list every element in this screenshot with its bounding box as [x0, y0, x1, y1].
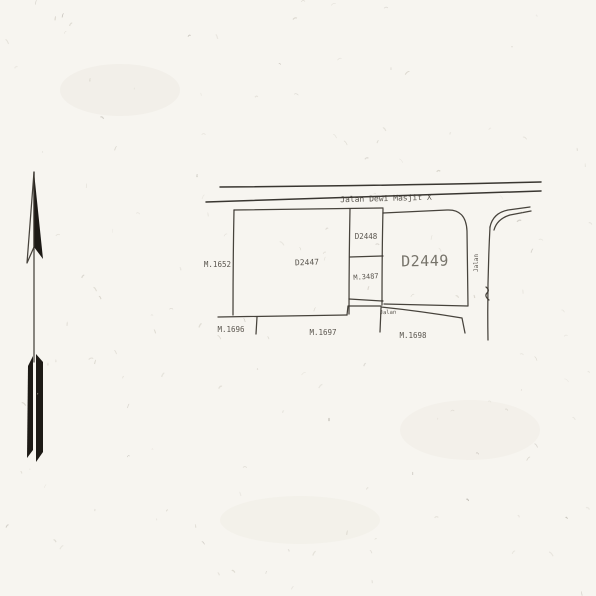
- scan-speckle: [365, 158, 369, 160]
- scan-speckle: [99, 296, 101, 299]
- scan-speckle: [474, 296, 475, 298]
- scan-speckle: [195, 525, 196, 528]
- scan-speckle: [239, 492, 241, 496]
- scan-speckle: [101, 117, 104, 119]
- scan-speckle: [517, 220, 521, 222]
- scan-speckle: [216, 35, 218, 39]
- scan-speckle: [293, 18, 297, 20]
- scan-speckle: [202, 134, 206, 135]
- scan-speckle: [15, 67, 18, 69]
- scan-speckle: [6, 40, 9, 44]
- scan-speckle: [292, 587, 294, 590]
- scan-speckle: [344, 141, 347, 145]
- scan-speckle: [188, 35, 191, 37]
- scan-speckle: [123, 376, 124, 378]
- scan-speckle: [377, 141, 379, 143]
- scan-speckle: [244, 318, 246, 322]
- scan-speckle: [199, 324, 202, 328]
- scan-speckle: [207, 213, 208, 216]
- smudge: [220, 496, 380, 544]
- parcel-label-d2448: D2448: [355, 232, 378, 241]
- scan-speckle: [180, 268, 181, 271]
- scan-speckle: [549, 552, 553, 556]
- scan-speckle: [62, 14, 64, 18]
- scan-speckle: [136, 213, 140, 214]
- boundary-step: [347, 306, 381, 315]
- scan-speckle: [564, 335, 567, 336]
- boundary-left-vertical: [233, 210, 234, 315]
- scan-speckle: [319, 384, 323, 388]
- scan-speckle: [338, 58, 342, 60]
- scan-speckle: [44, 485, 46, 488]
- scan-speckle: [300, 248, 301, 250]
- survey-label-m1697: M.1697: [309, 328, 336, 337]
- scanned-survey-map-page: Jalan Dewi Masjit X M.1652 D2447 D2448 M…: [0, 0, 596, 596]
- north-arrow-tail-left: [27, 356, 33, 458]
- scan-speckle: [60, 546, 63, 550]
- scan-speckle: [313, 551, 316, 555]
- scan-speckle: [54, 540, 56, 542]
- scan-speckle: [383, 128, 386, 131]
- scan-speckle: [562, 310, 565, 312]
- scan-speckle: [294, 94, 298, 96]
- parcel-label-d2447: D2447: [295, 258, 320, 268]
- parcel-map: Jalan Dewi Masjit X M.1652 D2447 D2448 M…: [204, 182, 541, 340]
- scan-speckle: [535, 357, 538, 361]
- scan-speckle: [326, 228, 328, 230]
- scan-speckle: [94, 287, 97, 291]
- scan-speckle: [588, 371, 590, 372]
- scan-speckle: [128, 404, 130, 408]
- right-road-vertical: [488, 227, 490, 340]
- boundary-mid-vertical-2: [382, 209, 383, 305]
- scan-speckle: [399, 159, 403, 163]
- north-arrow-head-outline: [27, 172, 34, 263]
- scan-speckle: [283, 411, 284, 413]
- scan-speckle: [6, 525, 9, 528]
- scan-speckle: [232, 570, 235, 572]
- scan-speckle: [70, 23, 73, 26]
- scan-speckle: [314, 308, 316, 312]
- scan-speckle: [375, 538, 377, 539]
- scan-speckle: [581, 592, 582, 596]
- tick-m1696-m1697: [256, 317, 257, 334]
- north-arrow-tail-right: [36, 354, 43, 462]
- scan-speckle: [268, 337, 269, 339]
- scan-speckle: [539, 239, 543, 240]
- scan-speckle: [333, 134, 336, 138]
- scan-speckle: [331, 3, 336, 5]
- scan-speckle: [151, 315, 153, 316]
- scan-speckle: [368, 287, 369, 290]
- scan-speckle: [535, 444, 538, 448]
- scan-speckle: [152, 449, 153, 450]
- scan-speckle: [202, 542, 205, 545]
- scan-speckle: [500, 196, 503, 200]
- scan-speckle: [266, 571, 267, 573]
- scan-speckle: [279, 63, 281, 64]
- scan-speckle: [288, 550, 289, 552]
- scan-speckle: [162, 373, 165, 377]
- scan-speckle: [518, 515, 520, 517]
- smudge: [400, 400, 540, 460]
- scan-speckle: [95, 360, 96, 364]
- north-arrow-icon: [27, 172, 43, 462]
- scan-speckle: [201, 93, 202, 96]
- scan-speckle: [364, 364, 366, 367]
- scan-speckle: [527, 457, 530, 461]
- north-arrow-head-fill: [34, 172, 43, 259]
- scan-speckle: [376, 244, 380, 245]
- street-name-label: Jalan Dewi Masjit X: [340, 193, 432, 204]
- scan-speckle: [489, 128, 491, 130]
- scan-speckle: [35, 0, 36, 4]
- scan-speckle: [467, 499, 469, 501]
- boundary-m3487-bottom: [349, 299, 383, 301]
- scan-speckle: [531, 249, 533, 253]
- scan-speckle: [520, 354, 523, 355]
- scan-speckle: [323, 252, 326, 254]
- scan-speckle: [435, 517, 439, 518]
- right-street-label: Jalan: [473, 254, 480, 272]
- scan-speckle: [280, 242, 284, 246]
- boundary-d2448-divider: [350, 256, 383, 257]
- scan-speckle: [219, 386, 222, 388]
- scan-speckle: [437, 171, 441, 172]
- scan-speckle: [202, 195, 204, 199]
- scan-speckle: [218, 573, 220, 575]
- scan-speckle: [21, 472, 22, 474]
- scan-speckle: [115, 146, 117, 150]
- boundary-mid-vertical-1: [349, 209, 350, 314]
- scan-speckle: [127, 456, 129, 458]
- scan-speckle: [301, 1, 305, 2]
- scan-speckle: [55, 17, 56, 21]
- scan-speckle: [302, 372, 306, 375]
- scan-speckle: [566, 517, 568, 519]
- scan-speckle: [67, 322, 68, 326]
- boundary-top: [234, 208, 383, 210]
- scan-speckle: [405, 71, 409, 74]
- smudge: [60, 64, 180, 116]
- scan-speckle: [64, 31, 66, 33]
- scan-speckle: [384, 7, 388, 8]
- scan-speckle: [586, 507, 590, 509]
- scan-speckle: [523, 137, 527, 139]
- scan-speckle: [512, 551, 515, 554]
- scan-speckle: [370, 551, 372, 554]
- scan-speckle: [572, 417, 575, 420]
- scan-speckle: [255, 96, 258, 97]
- survey-label-m1652: M.1652: [204, 260, 231, 269]
- parcel-label-d2449: D2449: [401, 252, 449, 271]
- scan-speckle: [565, 379, 569, 382]
- scan-speckle: [56, 234, 60, 236]
- scan-speckle: [169, 308, 173, 309]
- scan-speckle: [218, 336, 221, 340]
- scan-speckle: [22, 403, 26, 406]
- alley-label: Jalan: [380, 310, 397, 317]
- scan-speckle: [243, 467, 247, 468]
- scan-speckle: [89, 358, 94, 360]
- survey-label-m3487: M.3487: [353, 272, 379, 282]
- scan-speckle: [431, 235, 432, 239]
- boundary-bottom-left: [218, 315, 347, 317]
- scan-speckle: [536, 15, 537, 17]
- scan-speckle: [166, 510, 168, 512]
- scan-speckle: [82, 275, 85, 278]
- scan-speckle: [224, 234, 227, 236]
- scan-speckle: [511, 46, 512, 47]
- right-road-curve-inner: [494, 211, 531, 230]
- scan-speckle: [114, 350, 116, 354]
- scan-speckle: [411, 294, 414, 297]
- scan-speckle: [367, 488, 369, 490]
- scan-speckle: [450, 133, 451, 135]
- top-road-upper-line: [220, 182, 541, 187]
- scan-speckle: [589, 223, 592, 225]
- scan-speckle: [154, 330, 156, 334]
- scan-speckle: [456, 296, 459, 298]
- scan-speckle: [324, 257, 325, 260]
- survey-label-m1698: M.1698: [399, 331, 427, 340]
